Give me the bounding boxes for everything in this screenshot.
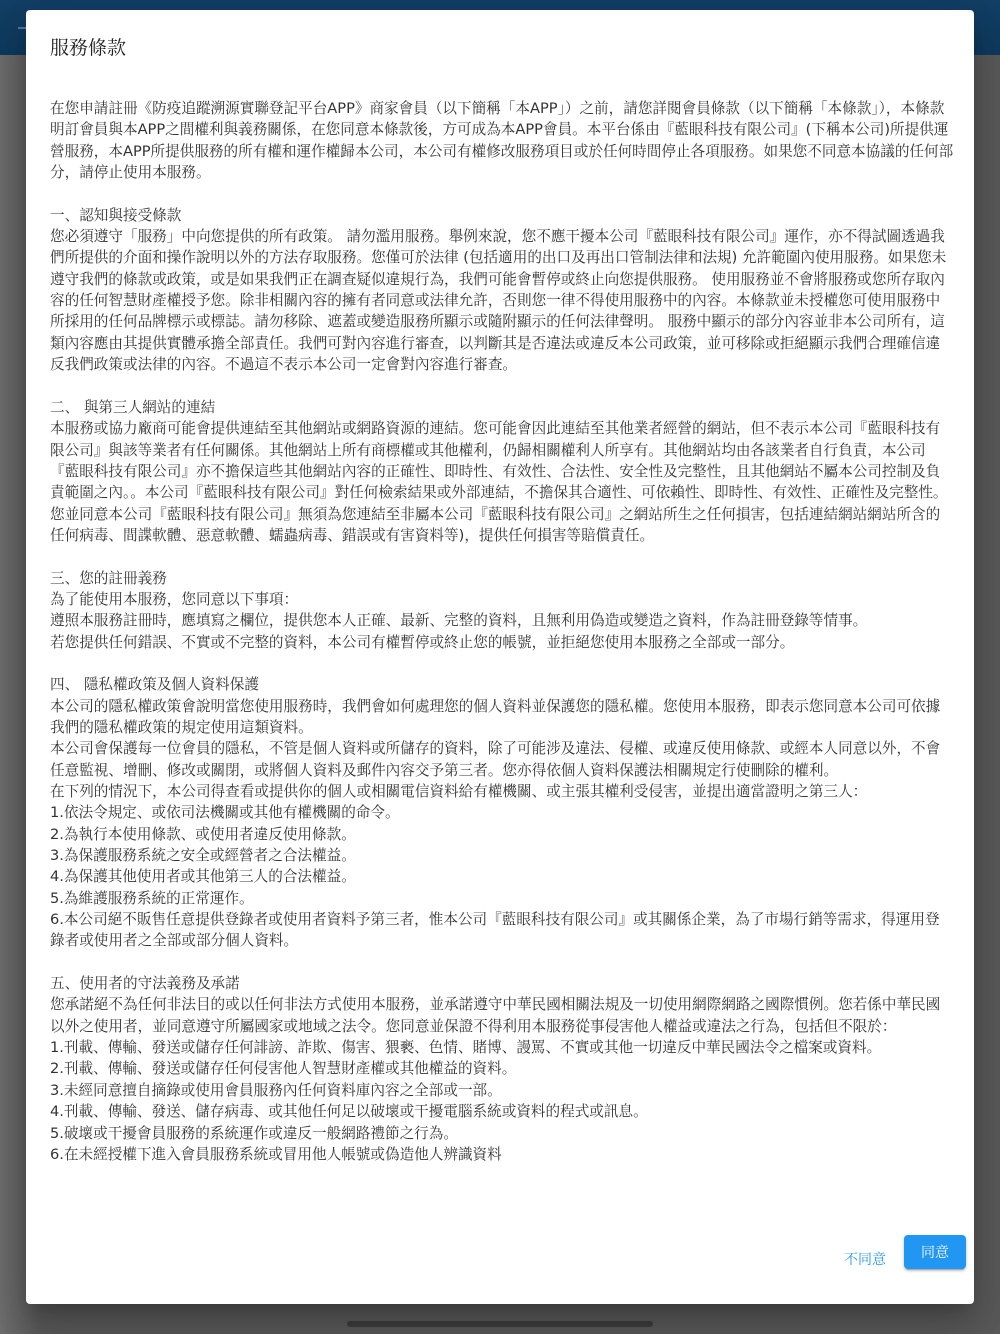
section-heading: 三、您的註冊義務 [50,568,954,589]
section-paragraph: 遵照本服務註冊時，應填寫之欄位，提供您本人正確、最新、完整的資料，且無利用偽造或… [50,610,954,631]
section-heading: 一、認知與接受條款 [50,205,954,226]
section-1: 一、認知與接受條款 您必須遵守「服務」中向您提供的所有政策。 請勿濫用服務。舉例… [50,205,954,376]
list-item: 4.刊載、傳輸、發送、儲存病毒、或其他任何足以破壞或干擾電腦系統或資料的程式或訊… [50,1101,954,1122]
dialog-title: 服務條款 [50,34,126,62]
section-paragraph: 本公司的隱私權政策會說明當您使用服務時，我們會如何處理您的個人資料並保護您的隱私… [50,696,954,739]
list-item: 5.為維護服務系統的正常運作。 [50,888,954,909]
section-heading: 五、使用者的守法義務及承諾 [50,973,954,994]
list-item: 5.破壞或干擾會員服務的系統運作或違反一般網路禮節之行為。 [50,1123,954,1144]
dialog-actions: 不同意 同意 [26,1208,974,1304]
terms-content-scroll[interactable]: 在您申請註冊《防疫追蹤溯源實聯登記平台APP》商家會員（以下簡稱「本APP」）之… [50,98,954,1218]
section-paragraph: 本服務或協力廠商可能會提供連結至其他網站或網路資源的連結。您可能會因此連結至其他… [50,418,954,546]
list-item: 2.刊載、傳輸、發送或儲存任何侵害他人智慧財產權或其他權益的資料。 [50,1058,954,1079]
section-paragraph: 在下列的情況下，本公司得查看或提供你的個人或相關電信資料給有權機關、或主張其權利… [50,781,954,802]
section-5: 五、使用者的守法義務及承諾 您承諾絕不為任何非法目的或以任何非法方式使用本服務，… [50,973,954,1165]
list-item: 2.為執行本使用條款、或使用者違反使用條款。 [50,824,954,845]
agree-button[interactable]: 同意 [904,1235,966,1269]
list-item: 1.依法令規定、或依司法機關或其他有權機關的命令。 [50,802,954,823]
section-2: 二、 與第三人網站的連結 本服務或協力廠商可能會提供連結至其他網站或網路資源的連… [50,397,954,546]
section-3: 三、您的註冊義務 為了能使用本服務，您同意以下事項： 遵照本服務註冊時，應填寫之… [50,568,954,653]
disagree-button[interactable]: 不同意 [838,1242,892,1278]
list-item: 6.在未經授權下進入會員服務系統或冒用他人帳號或偽造他人辨識資料 [50,1144,954,1165]
section-4: 四、 隱私權政策及個人資料保護 本公司的隱私權政策會說明當您使用服務時，我們會如… [50,674,954,951]
intro-paragraph: 在您申請註冊《防疫追蹤溯源實聯登記平台APP》商家會員（以下簡稱「本APP」）之… [50,98,954,183]
section-paragraph: 為了能使用本服務，您同意以下事項： [50,589,954,610]
section-paragraph: 您承諾絕不為任何非法目的或以任何非法方式使用本服務，並承諾遵守中華民國相關法規及… [50,994,954,1037]
home-indicator[interactable] [347,1321,653,1327]
section-paragraph: 若您提供任何錯誤、不實或不完整的資料，本公司有權暫停或終止您的帳號，並拒絕您使用… [50,632,954,653]
section-heading: 二、 與第三人網站的連結 [50,397,954,418]
terms-dialog: 服務條款 在您申請註冊《防疫追蹤溯源實聯登記平台APP》商家會員（以下簡稱「本A… [26,10,974,1304]
section-paragraph: 您必須遵守「服務」中向您提供的所有政策。 請勿濫用服務。舉例來說，您不應干擾本公… [50,226,954,375]
list-item: 3.為保護服務系統之安全或經營者之合法權益。 [50,845,954,866]
list-item: 6.本公司絕不販售任意提供登錄者或使用者資料予第三者，惟本公司『藍眼科技有限公司… [50,909,954,952]
list-item: 3.未經同意擅自摘錄或使用會員服務內任何資料庫內容之全部或一部。 [50,1080,954,1101]
section-paragraph: 本公司會保護每一位會員的隱私，不管是個人資料或所儲存的資料，除了可能涉及違法、侵… [50,738,954,781]
section-heading: 四、 隱私權政策及個人資料保護 [50,674,954,695]
list-item: 1.刊載、傳輸、發送或儲存任何誹謗、詐欺、傷害、猥褻、色情、賭博、謾罵、不實或其… [50,1037,954,1058]
list-item: 4.為保護其他使用者或其他第三人的合法權益。 [50,866,954,887]
